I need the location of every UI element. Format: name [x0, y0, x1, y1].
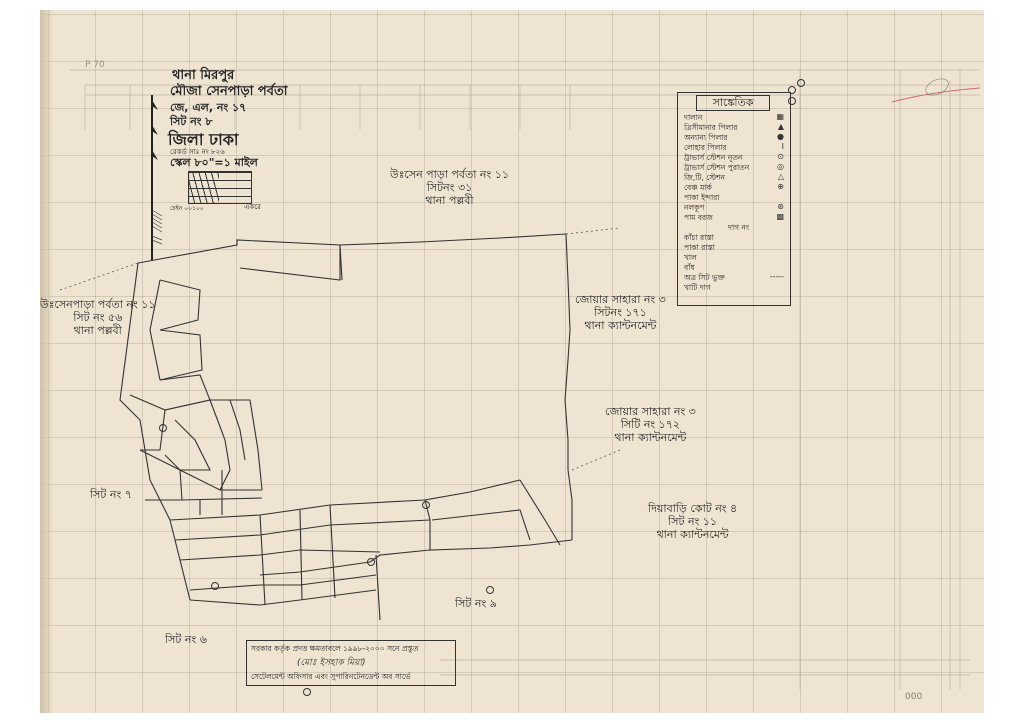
building-icon: ▦ [776, 112, 784, 121]
legend-item: দাগ নং [728, 223, 749, 235]
scale-bar-right-label: একরে [244, 201, 261, 213]
tri-junction-pillar-icon: ▲ [778, 122, 784, 131]
adjacent-label-west: উঃসেনপাড়া পর্বতা নং ১১ সিট নং ৫৬ থানা প… [40, 298, 155, 337]
adjacent-label-north: উঃসেন পাড়া পর্বতা নং ১১ সিটনং ৩১ থানা প… [390, 168, 509, 207]
legend-item: পাম বরজ [684, 213, 713, 225]
label-line: জোয়ার সাহারা নং ৩ [605, 405, 696, 418]
traverse-station-new-icon: ⊙ [777, 152, 784, 161]
scale-bar-left-label: চেইন ০০১০০ [170, 203, 204, 214]
legend-title: সাঙ্কেতিক [696, 95, 770, 111]
label-line: থানা ক্যান্টনমেন্ট [575, 319, 666, 332]
label-line: সিটনং ১৭১ [575, 306, 666, 319]
label-line: থানা ক্যান্টনমেন্ট [648, 528, 737, 541]
label-line: সিটনং ৩১ [390, 181, 509, 194]
label-line: থানা পল্লবী [40, 324, 155, 337]
legend-box: সাঙ্কেতিক দালান▦ ত্রিসীমানার পিলার▲ অন্য… [677, 92, 791, 306]
signature-designation-text: সেটেলমেন্ট অফিসার এবং সুপারিনটেনডেন্ট অব… [251, 672, 451, 684]
traverse-station-old-icon: ◎ [777, 162, 784, 171]
scale-bar [188, 171, 252, 204]
label-line: থানা পল্লবী [390, 194, 509, 207]
label-line: সিটি নং ১৭২ [605, 418, 696, 431]
iron-pillar-icon: I [782, 142, 784, 151]
label-line: উঃসেনপাড়া পর্বতা নং ১১ [40, 298, 155, 311]
label-line: সিট নং ১১ [648, 515, 737, 528]
adjacent-label-south-east: দিয়াবাড়ি কোট নং ৪ সিট নং ১১ থানা ক্যান… [648, 502, 737, 541]
label-line: উঃসেন পাড়া পর্বতা নং ১১ [390, 168, 509, 181]
label-line: সিট নং ৫৬ [40, 311, 155, 324]
footer-id: 000 [905, 692, 922, 702]
betel-garden-icon: ▩ [776, 212, 784, 221]
adjacent-label-sheet-9: সিট নং ৯ [455, 597, 497, 610]
bench-mark-icon: ⊕ [777, 182, 784, 191]
signature-box: সরকার কর্তৃক প্রদত্ত ক্ষমতাবলে ১৯৯৮-২০০০… [246, 640, 456, 686]
signature: (মোঃ ইসহাক মিয়া) [297, 655, 366, 670]
map-drawing [0, 0, 1024, 723]
adjacent-label-sheet-6: সিট নং ৬ [165, 633, 207, 646]
adjacent-label-east-1: জোয়ার সাহারা নং ৩ সিটনং ১৭১ থানা ক্যান্… [575, 293, 666, 332]
label-line: থানা ক্যান্টনমেন্ট [605, 431, 696, 444]
legend-item: খাটি দাগ [684, 283, 711, 295]
other-pillar-icon: ● [777, 132, 784, 141]
adjacent-label-sheet-7: সিট নং ৭ [90, 488, 132, 501]
gt-station-icon: △ [778, 172, 784, 181]
label-line: দিয়াবাড়ি কোট নং ৪ [648, 502, 737, 515]
tubewell-icon: ⊛ [777, 202, 784, 211]
adjacent-label-east-2: জোয়ার সাহারা নং ৩ সিটি নং ১৭২ থানা ক্যা… [605, 405, 696, 444]
sheet-boundary-line-icon: ----- [770, 272, 784, 281]
label-line: জোয়ার সাহারা নং ৩ [575, 293, 666, 306]
